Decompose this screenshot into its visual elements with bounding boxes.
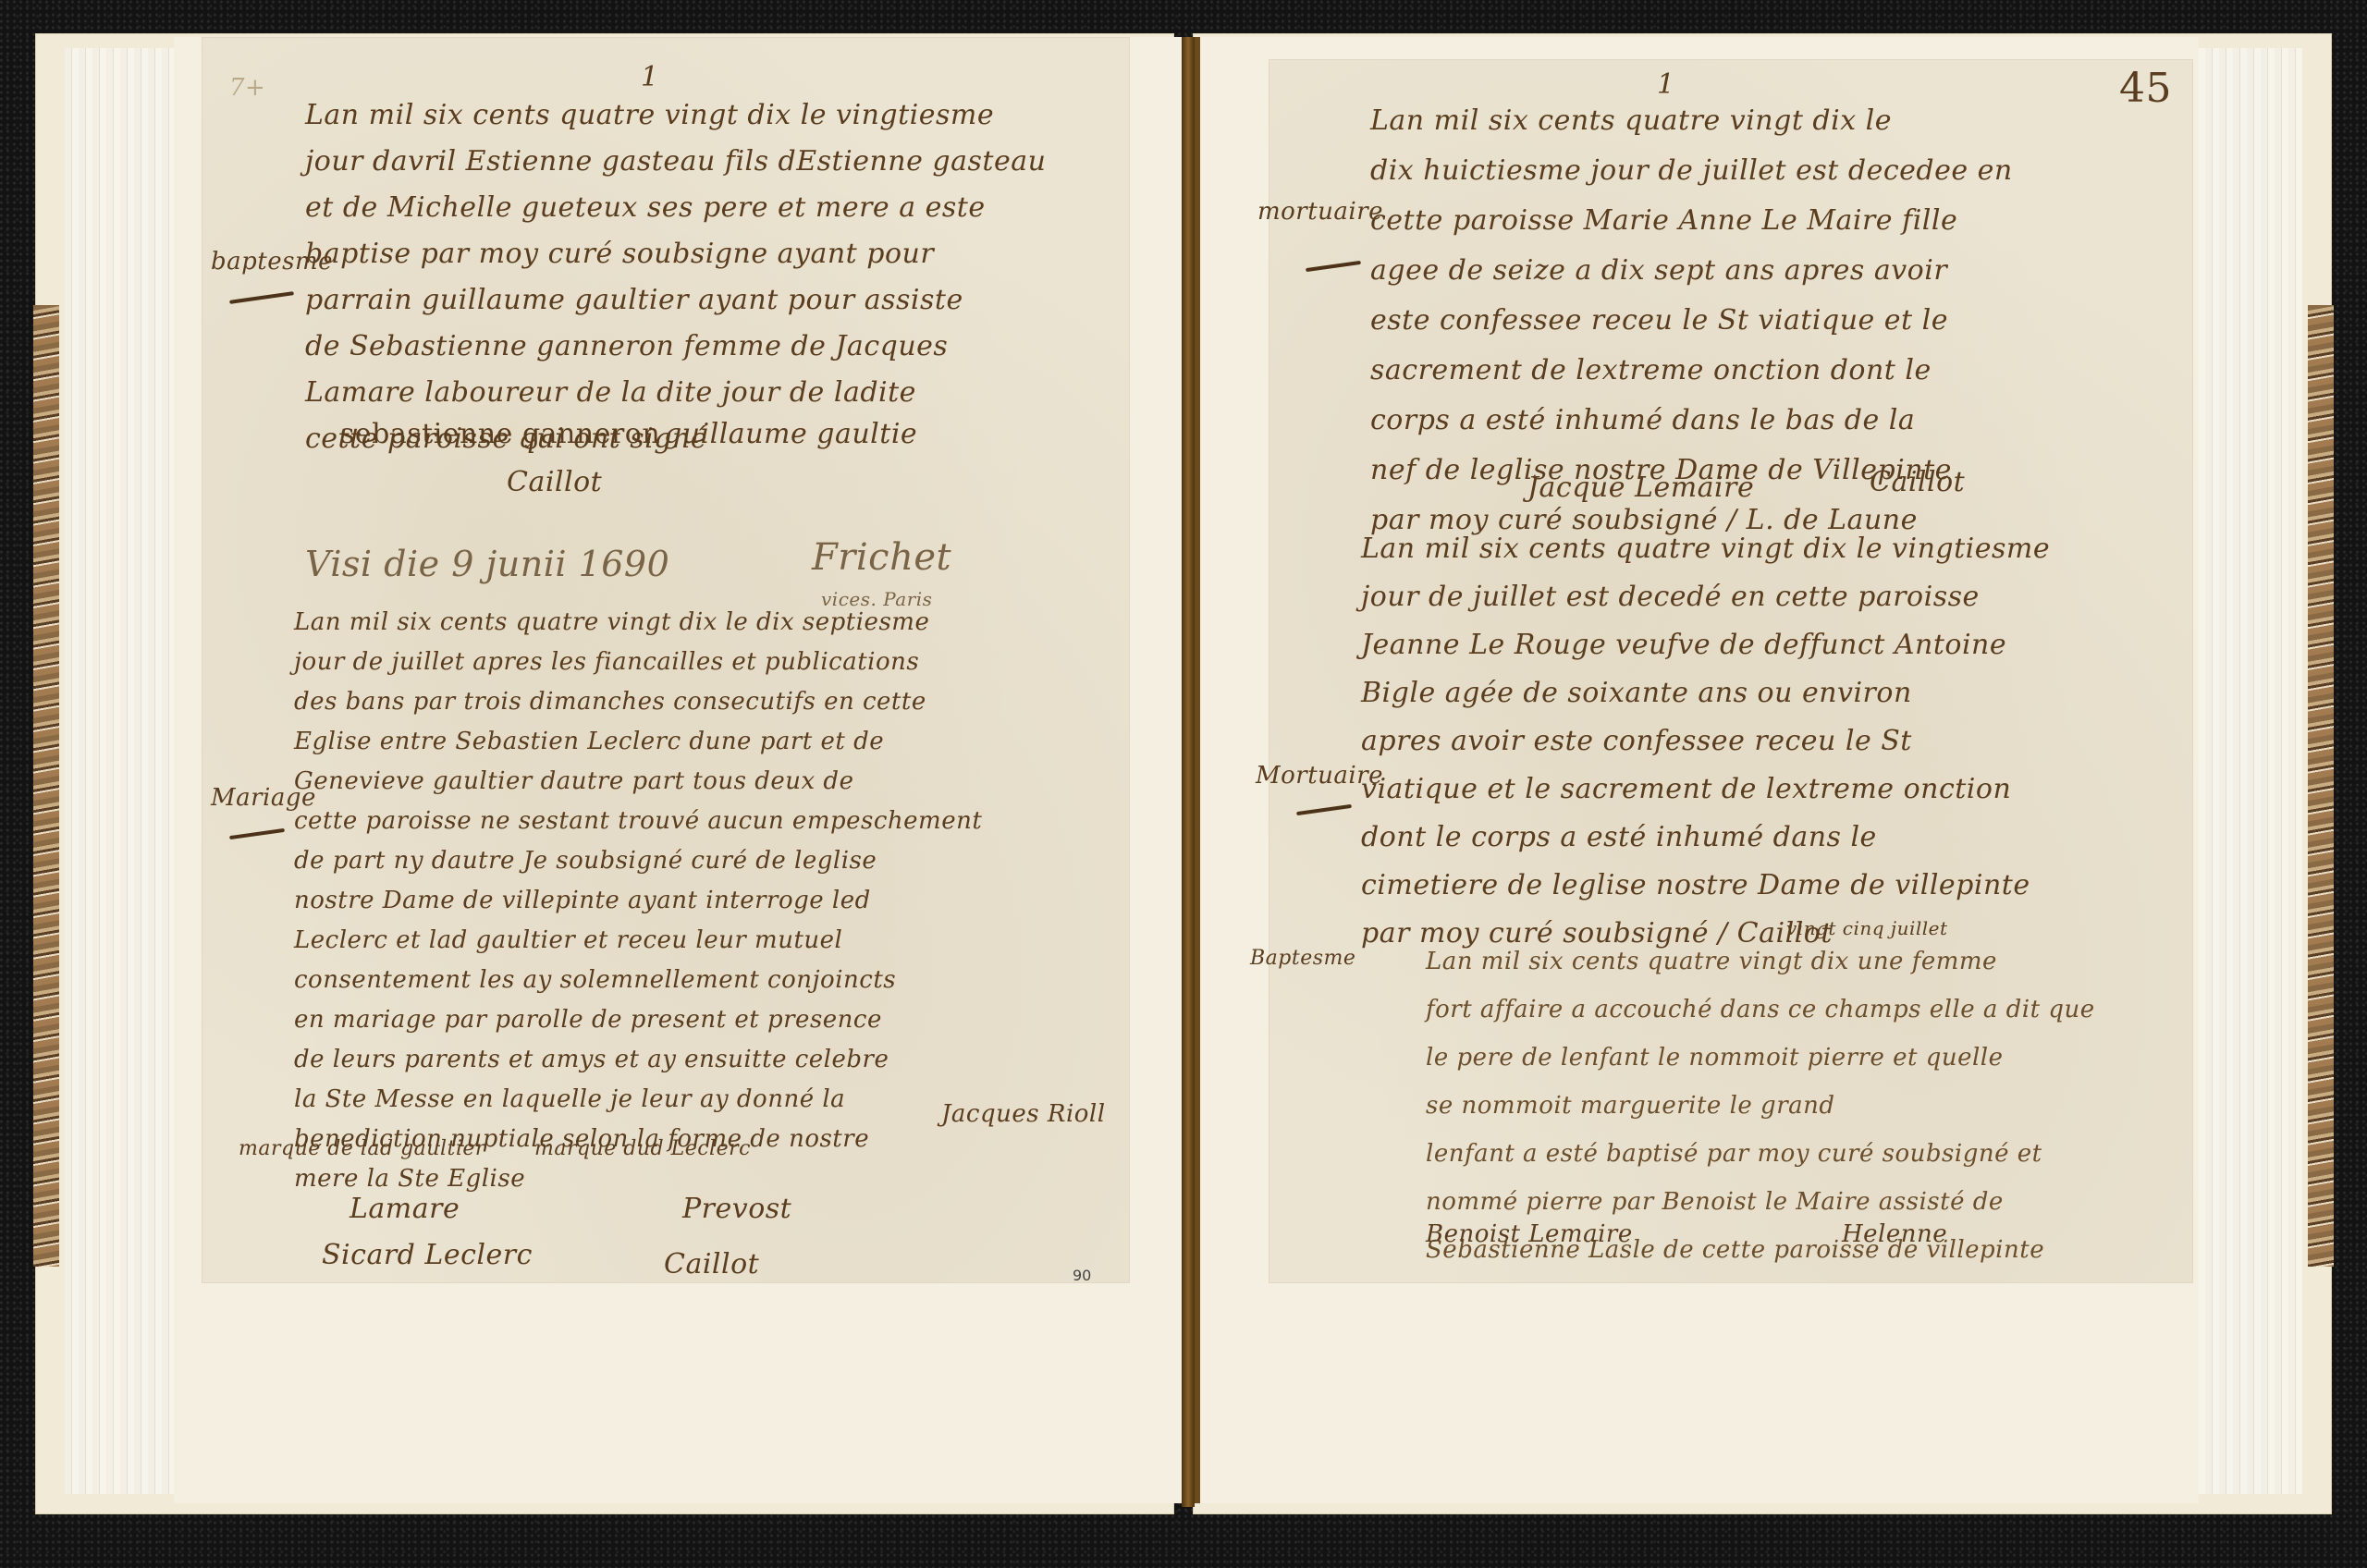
margin-flourish [229,291,294,304]
signature: Benoist Lemaire [1426,1220,1633,1248]
signature-caillot: Caillot [507,466,602,498]
signature: sebastienne ganneron [340,418,660,450]
margin-flourish [1296,804,1352,815]
signature: marque dud Leclerc [534,1137,751,1160]
entry-burial-2-text: Lan mil six cents quatre vingt dix le vi… [1361,525,2050,958]
signature: Prevost [682,1193,791,1225]
left-manuscript-leaf: 7+ 1 baptesme Lan mil six cents quatre v… [202,37,1130,1283]
entry-baptism-text: Lan mil six cents quatre vingt dix le vi… [305,92,1046,462]
margin-label-mortuaire: mortuaire [1257,198,1383,226]
entry-marriage-text: Lan mil six cents quatre vingt dix le di… [294,603,982,1199]
signature: Lamare [350,1193,460,1225]
left-marbled-endpaper [33,305,59,1267]
signature: guillaume gaultie [664,418,917,450]
margin-flourish [229,828,285,839]
date-note: vingt cinq juillet [1786,917,1948,939]
visa-note: Visi die 9 junii 1690 [305,544,669,584]
signature: Jacques Rioll [941,1100,1106,1128]
visa-signature: Frichet [812,536,951,579]
right-manuscript-leaf: 1 45 mortuaire Lan mil six cents quatre … [1269,59,2193,1283]
margin-flourish [1306,261,1361,272]
signature: Jacque Lemaire [1527,472,1754,504]
right-marbled-endpaper [2308,305,2334,1267]
book-gutter [1182,37,1195,1507]
signature: Sicard Leclerc [322,1239,533,1271]
signature-caillot: Caillot [664,1248,759,1280]
page-number: 45 [2119,65,2172,112]
folio-number: 90 [1073,1267,1091,1284]
margin-label-baptesme-2: Baptesme [1250,947,1355,970]
signature-caillot: Caillot [1870,466,1965,498]
right-page-block-edges [2191,48,2302,1494]
left-page-block-edges [65,48,176,1494]
signature: marque de lad gaultier [239,1137,485,1160]
corner-mark: 7+ [229,74,265,102]
signature: Helenne [1842,1220,1947,1248]
top-mark: 1 [641,61,659,93]
